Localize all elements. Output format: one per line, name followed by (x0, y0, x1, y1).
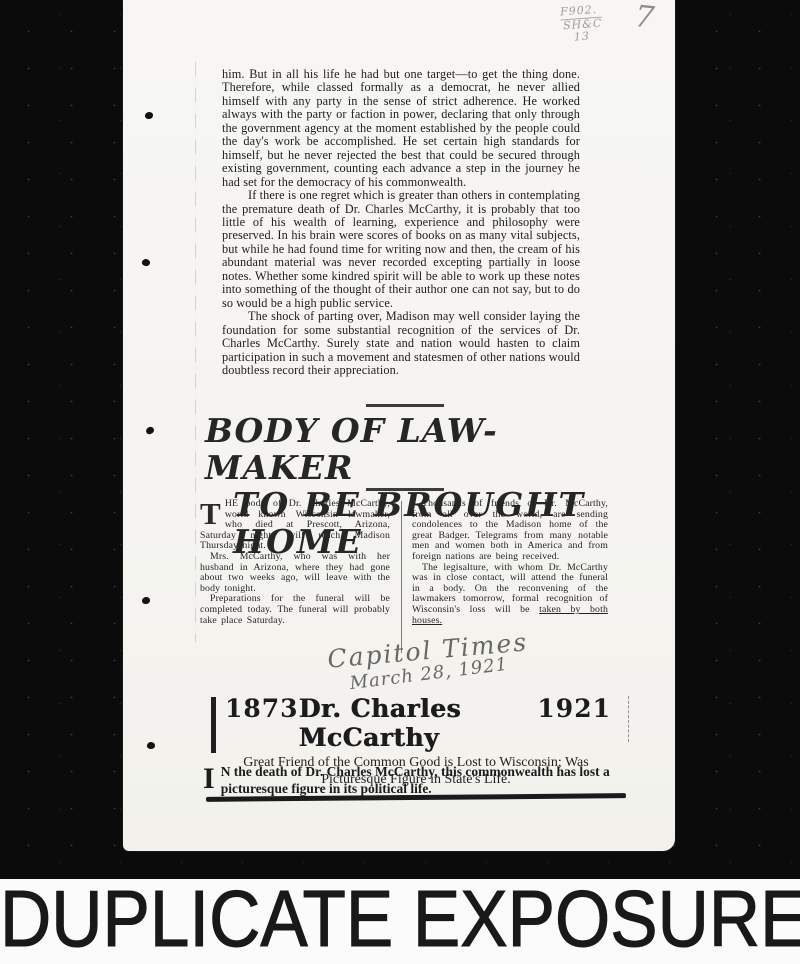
section-divider-rule (366, 404, 444, 407)
news-paragraph-text: HE body of Dr. Charles McCarthy, world k… (200, 498, 390, 551)
drop-cap: T (200, 499, 225, 527)
binding-mark (141, 258, 151, 267)
photo-black-backdrop: F902. SH&C 13 7 him. But in all his life… (0, 0, 800, 964)
closing-text: N the death of Dr. Charles McCarthy, thi… (201, 764, 631, 797)
news-paragraph: Mrs. McCarthy, who was with her husband … (200, 552, 390, 594)
binding-mark (145, 426, 155, 435)
news-paragraph: THE body of Dr. Charles McCarthy, world … (200, 499, 390, 552)
binding-mark (142, 597, 150, 604)
binding-mark (146, 741, 155, 749)
column-divider-rule (401, 501, 402, 653)
news-paragraph: Thousands of friends of Dr. McCarthy, fr… (412, 499, 608, 563)
closing-paragraph: I N the death of Dr. Charles McCarthy, t… (201, 764, 631, 797)
deceased-name: Dr. Charles McCarthy (299, 694, 538, 752)
clipping-edge-line (195, 62, 196, 642)
drop-cap: I (201, 764, 221, 792)
editorial-paragraph: The shock of parting over, Madison may w… (222, 310, 580, 377)
news-column-left: THE body of Dr. Charles McCarthy, world … (200, 499, 390, 653)
editorial-paragraph: him. But in all his life he had but one … (222, 68, 580, 189)
duplicate-exposure-label: DUPLICATE EXPOSURE (0, 879, 800, 964)
news-story-columns: THE body of Dr. Charles McCarthy, world … (200, 499, 612, 653)
news-paragraph: The legisalture, with whom Dr. McCarthy … (412, 563, 608, 627)
duplicate-exposure-strip: DUPLICATE EXPOSURE (0, 879, 800, 964)
section-divider-rule (366, 488, 444, 491)
pencil-page-number: 7 (633, 0, 656, 36)
news-paragraph: Preparations for the funeral will be com… (200, 594, 390, 626)
pencil-archive-code: F902. SH&C 13 (560, 4, 604, 45)
headline-line1: BODY OF LAW-MAKER (205, 412, 625, 486)
obituary-banner-headline: 1873 Dr. Charles McCarthy 1921 (209, 694, 623, 752)
binding-mark (145, 112, 153, 119)
editorial-paragraph: If there is one regret which is greater … (222, 189, 580, 310)
scanned-newspaper-page: F902. SH&C 13 7 him. But in all his life… (123, 0, 675, 851)
banner-right-edge (628, 696, 629, 742)
banner-left-bar (211, 697, 216, 753)
death-year: 1921 (537, 694, 611, 723)
birth-year: 1873 (225, 694, 299, 723)
editorial-column: him. But in all his life he had but one … (222, 68, 580, 377)
